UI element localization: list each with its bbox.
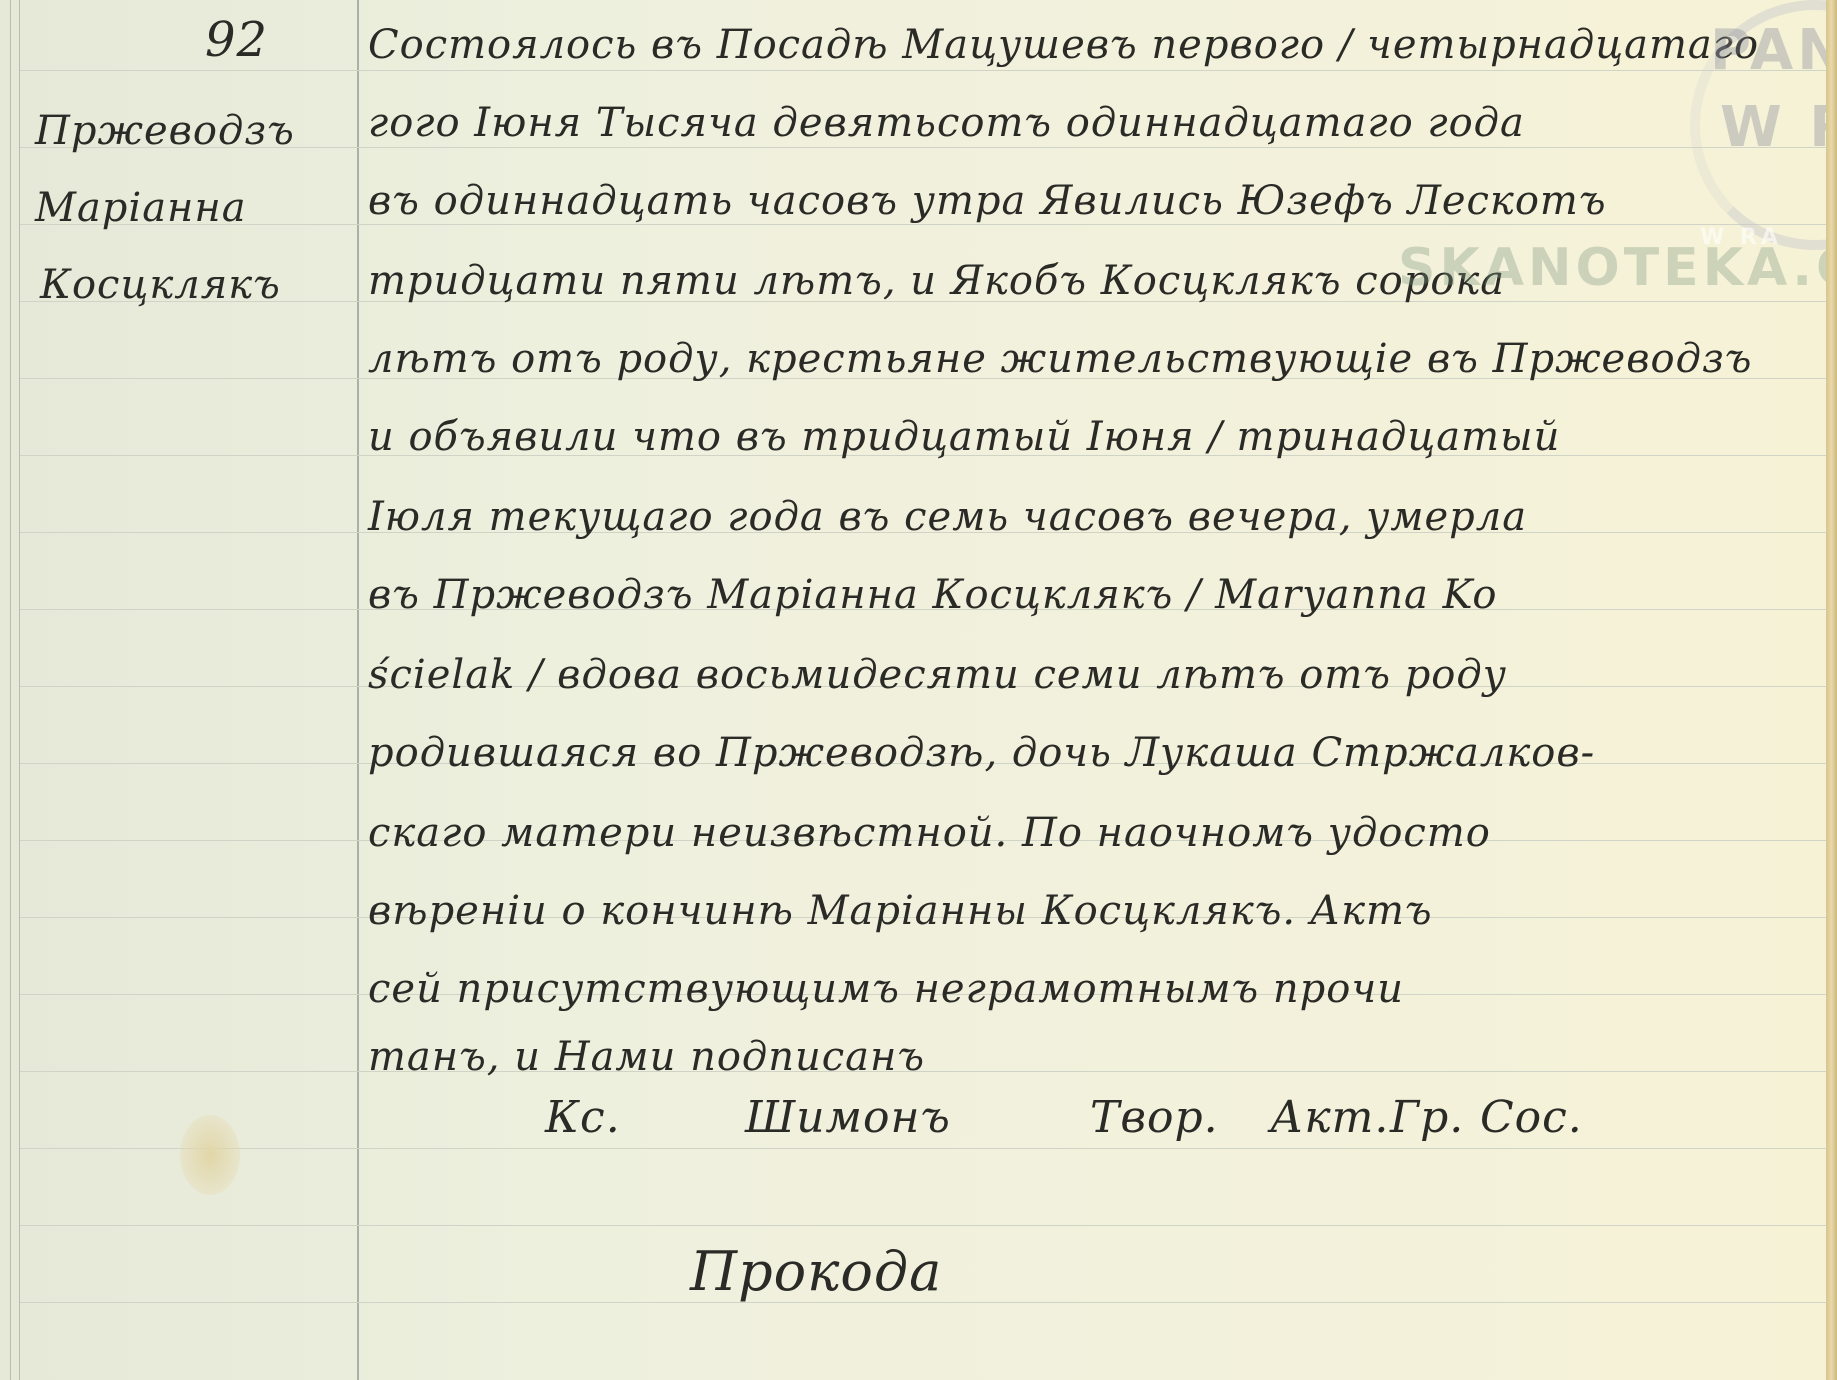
- margin-rule: [357, 0, 359, 1380]
- record-line: сей присутствующимъ неграмотнымъ прочи: [368, 966, 1404, 1012]
- page-binding-edge: [1826, 0, 1837, 1380]
- watermark-text: W RAD: [1720, 95, 1837, 160]
- record-line: Состоялось въ Посадѣ Мацушевъ первого / …: [368, 22, 1759, 68]
- record-line: тридцати пяти лѣтъ, и Якобъ Косцклякъ со…: [368, 258, 1505, 304]
- margin-place: Пржеводзъ: [35, 108, 295, 154]
- ruled-line: [20, 1225, 1826, 1226]
- page-edge-line: [10, 0, 11, 1380]
- margin-given-name: Маріанна: [35, 185, 247, 231]
- ruled-line: [20, 224, 1826, 225]
- record-line: въ Пржеводзъ Маріанна Косцклякъ / Маryan…: [368, 572, 1498, 618]
- signature-title: Твор.: [1090, 1092, 1219, 1143]
- signature-priest: Кс.: [545, 1092, 621, 1143]
- record-line: гого Іюня Тысяча девятьсотъ одиннадцатаг…: [368, 100, 1525, 146]
- document-page: 92 Пржеводзъ Маріанна Косцклякъ Состояло…: [0, 0, 1826, 1380]
- watermark-text: PANST: [1710, 18, 1837, 83]
- ruled-line: [20, 70, 1826, 71]
- page-edge-line: [19, 0, 20, 1380]
- signature-title: Акт.: [1270, 1092, 1389, 1143]
- record-line: лѣтъ отъ роду, крестьяне жительствующіе …: [368, 336, 1752, 382]
- record-line: скаго матери неизвѣстной. По наочномъ уд…: [368, 810, 1491, 856]
- record-line: и объявили что въ тридцатый Іюня / трина…: [368, 414, 1560, 460]
- entry-number: 92: [205, 12, 268, 68]
- signature-second: Прокода: [690, 1240, 942, 1303]
- watermark-band: SKANOTEKA.G: [1398, 238, 1837, 298]
- signature-name: Шимонъ: [745, 1092, 951, 1143]
- signature-title: Сос.: [1480, 1092, 1583, 1143]
- paper-stain: [180, 1115, 240, 1195]
- record-line: танъ, и Нами подписанъ: [368, 1034, 925, 1080]
- record-line: вѣреніи о кончинѣ Маріанны Косцклякъ. Ак…: [368, 888, 1433, 934]
- margin-surname: Косцклякъ: [40, 262, 281, 308]
- record-line: въ одиннадцать часовъ утра Явились Юзефъ…: [368, 178, 1607, 224]
- record-line: Іюля текущаго года въ семь часовъ вечера…: [368, 494, 1527, 540]
- ruled-line: [20, 1148, 1826, 1149]
- record-line: родившаяся во Пржеводзѣ, дочь Лукаша Стр…: [368, 730, 1595, 776]
- record-line: ścielak / вдова восьмидесяти семи лѣтъ о…: [368, 652, 1507, 698]
- signature-title: Гр.: [1390, 1092, 1464, 1143]
